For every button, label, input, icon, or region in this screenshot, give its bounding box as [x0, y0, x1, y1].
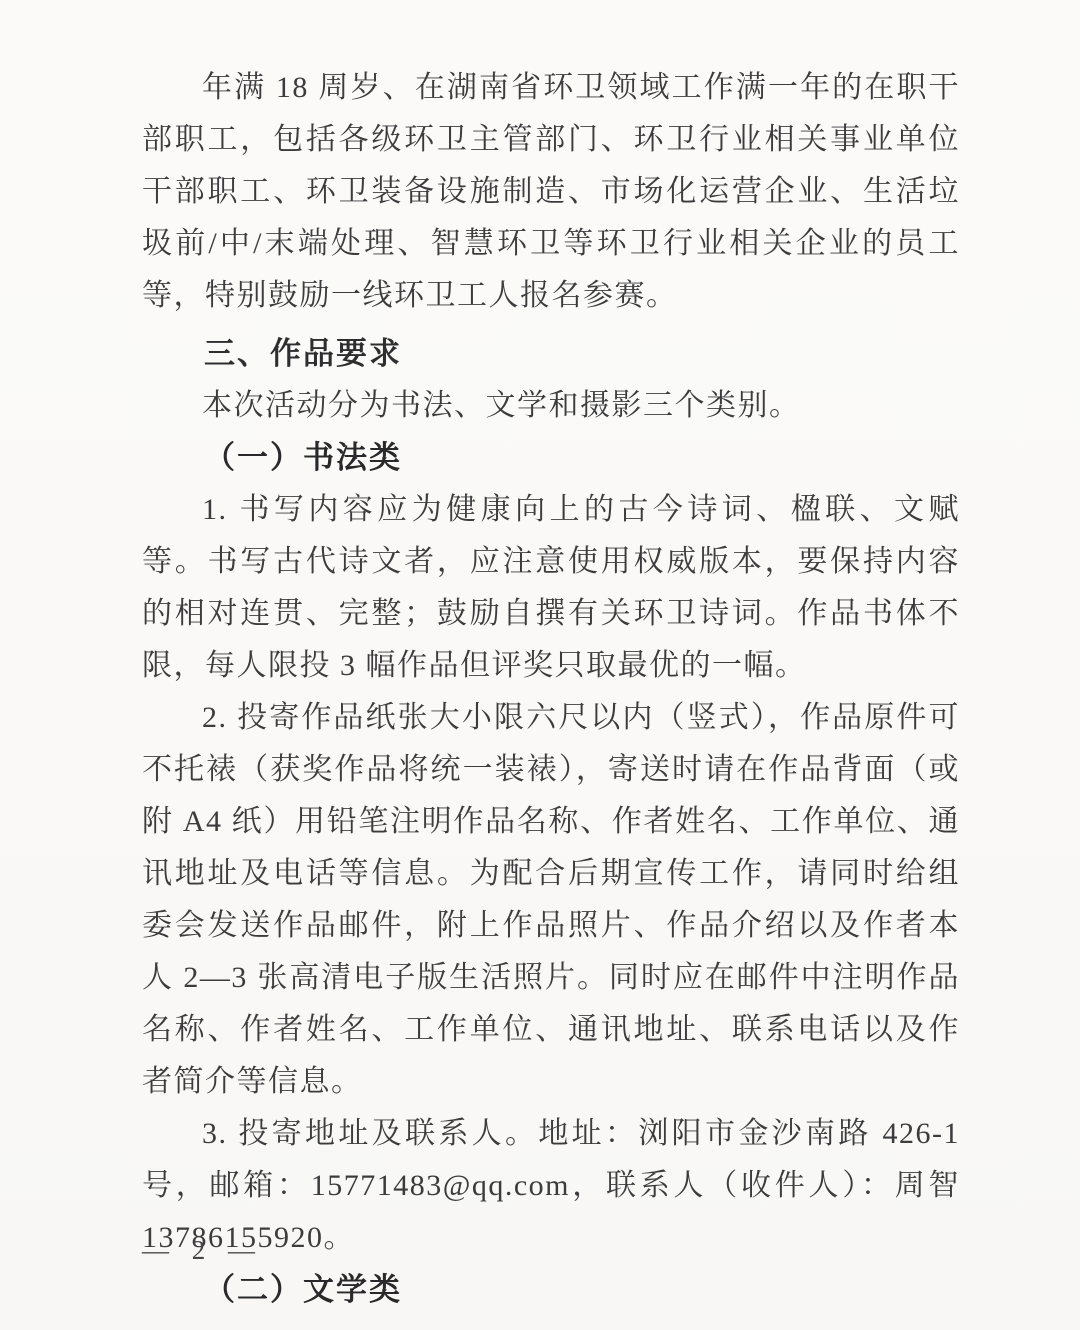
- document-content: 年满 18 周岁、在湖南省环卫领域工作满一年的在职干部职工，包括各级环卫主管部门…: [142, 62, 960, 1316]
- paragraph-eligibility: 年满 18 周岁、在湖南省环卫领域工作满一年的在职干部职工，包括各级环卫主管部门…: [142, 62, 960, 322]
- section-heading-work-requirements: 三、作品要求: [142, 322, 960, 380]
- page-number: — 2 —: [142, 1232, 263, 1268]
- paragraph-calligraphy-item-2: 2. 投寄作品纸张大小限六尺以内（竖式），作品原件可不托裱（获奖作品将统一装裱）…: [142, 692, 960, 1108]
- document-page: 年满 18 周岁、在湖南省环卫领域工作满一年的在职干部职工，包括各级环卫主管部门…: [0, 0, 1080, 1330]
- paragraph-calligraphy-item-3-address: 3. 投寄地址及联系人。地址：浏阳市金沙南路 426-1 号，邮箱：157714…: [142, 1108, 960, 1264]
- paragraph-categories-overview: 本次活动分为书法、文学和摄影三个类别。: [142, 380, 960, 432]
- paragraph-calligraphy-item-1: 1. 书写内容应为健康向上的古今诗词、楹联、文赋等。书写古代诗文者，应注意使用权…: [142, 484, 960, 692]
- subsection-heading-calligraphy: （一）书法类: [142, 432, 960, 484]
- subsection-heading-literature: （二）文学类: [142, 1264, 960, 1316]
